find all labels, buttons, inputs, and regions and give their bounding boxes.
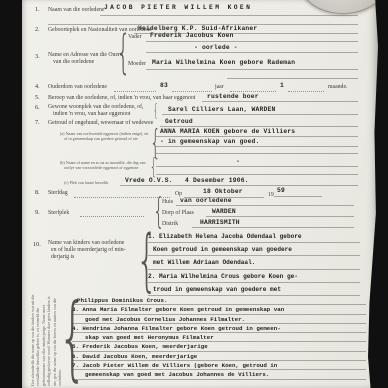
rule-line [162, 114, 358, 115]
paper-sheet: 1. Naam van die oorledene JACOB PIETER W… [22, 0, 378, 388]
item9-distrik-value: HARRISMITH [200, 219, 240, 226]
scanned-death-notice-document: 1. Naam van die oorledene JACOB PIETER W… [0, 0, 388, 388]
item9-dorp-value: WARDEN [212, 208, 236, 215]
rule-line [146, 69, 358, 70]
moeder-value: Maria Wilhelmina Koen gebore Rademan [152, 59, 295, 66]
moeder-label: Moeder [128, 61, 146, 67]
rule-line [120, 185, 358, 186]
children-list-top: 1. Elizabeth Helena Jacoba Odendaal gebo… [148, 230, 360, 296]
vader-value: Frederik Jacobus Koen [150, 32, 234, 39]
margin-note: Gee afsonderlik die name op van die kind… [30, 294, 70, 386]
typed-line: troud in gemeenskap van goedere met [148, 283, 360, 296]
item9-huis-label: Huis [162, 199, 173, 205]
item7-label: Getroud of ongehuud, wewenaar of wedewee [48, 120, 153, 126]
typed-line: 3. Anna Maria Filmalter gebore Koen getr… [72, 305, 366, 314]
rule-line [227, 78, 358, 79]
item2-value: Heidelberg K.P. Suid-Afrikaner [138, 25, 257, 32]
item9-number: 9. [35, 209, 40, 216]
typed-line: goed met Jacobus Cornelius Johannes Film… [72, 315, 366, 324]
item4-months-label: maande. [328, 84, 347, 90]
item3-label: van die oorledene [53, 59, 94, 65]
item5-value: rustende boer [207, 93, 259, 100]
item3-number: 3. [35, 53, 40, 60]
item4-years-value: 83 [160, 82, 168, 89]
rule-line [80, 216, 144, 217]
rule-line [146, 52, 358, 53]
typed-line: 7. Jacob Pieter Willem de Villiers (gebo… [72, 361, 366, 370]
rule-line [172, 91, 212, 92]
typed-line: 2. Maria Wilhelmina Crous gebore Koen ge… [148, 270, 360, 283]
rule-line [274, 196, 322, 197]
rule-line [206, 216, 354, 217]
rule-line [192, 227, 354, 228]
item1-value: JACOB PIETER WILLEM KOEN [104, 4, 252, 11]
rule-line [160, 126, 358, 127]
item8-number: 8. [35, 189, 40, 196]
item4-years-label: jaar [215, 84, 224, 90]
rule-line [114, 91, 156, 92]
item9-dorp-label: Dorp of Plaas [162, 210, 194, 216]
item6-label: indien 'n vrou, van haar eggenoot [53, 111, 130, 117]
item10-label: en of hulle meerderjarig of min- [51, 247, 126, 253]
typed-line: 4. Hendrina Johanna Filmalter gebore Koe… [72, 324, 366, 333]
embossed-seal-icon [300, 0, 386, 14]
rule-line [156, 174, 358, 175]
rule-line [146, 41, 358, 42]
vader-label: Vader [128, 34, 142, 40]
typed-line: Koen getroud in gemeenskap van goedere [148, 243, 360, 256]
children-list-bottom: Philippus Dominikus Crous.3. Anna Maria … [72, 296, 366, 380]
item6-number: 6. [35, 104, 40, 111]
item7a-value: - in gemeenskap van goed. [160, 138, 259, 145]
item6-label: Gewone woonplek van die oorledene, of, [48, 104, 143, 110]
item7c-place-value: Vrede O.V.S. [125, 177, 173, 184]
brace: { [153, 103, 158, 120]
item1-number: 1. [35, 6, 40, 13]
typed-line: 5. Frederik Jacobus Koen, meerderjarige [72, 342, 366, 351]
item4-months-value: 1 [280, 82, 284, 89]
item4-number: 4. [35, 83, 40, 90]
rule-line [176, 205, 354, 206]
item3-label: Name en Adresse van die Ouers [48, 52, 122, 58]
item8-year-printed: 19 [268, 192, 274, 198]
item9-huis-value: van oorledene [180, 197, 232, 204]
typed-line: met Willem Adriaan Odendaal. [148, 256, 360, 269]
item7c-date-value: 4 Desember 1906. [185, 177, 249, 184]
item8-date-value: 18 Oktober [203, 188, 243, 195]
typed-line: skap van goed met Heronymus Filmalter [72, 333, 366, 342]
item10-label: derjarig is [51, 254, 74, 260]
typed-line: Philippus Dominikus Crous. [72, 296, 366, 305]
item8-year-value: 59 [277, 187, 285, 194]
item7c-label: (c) Plek van laaste huwelik [64, 180, 108, 185]
item8-label: Sterfdag [48, 190, 68, 196]
rule-line [288, 91, 324, 92]
rule-line [156, 136, 358, 137]
item9-label: Sterfplek [48, 210, 69, 216]
item7b-label: oorlye van vooroorlede eggenoot of eggen… [64, 165, 138, 170]
item9-distrik-label: Distrik [162, 221, 178, 227]
typed-line: 1. Elizabeth Helena Jacoba Odendaal gebo… [148, 230, 360, 243]
rule-line [156, 166, 358, 167]
item10-number: 10. [33, 241, 41, 248]
item7b-value: - [236, 158, 240, 165]
item10-label: Name van kinders van oorledene [48, 240, 124, 246]
rule-line [202, 101, 358, 102]
item4-label: Ouderdom van oorledene [48, 84, 107, 90]
brace: { [150, 157, 157, 179]
item7-number: 7. [35, 119, 40, 126]
rule-line [230, 91, 276, 92]
item7-value: Getroud [165, 118, 193, 125]
vader-note: - oorlede - [194, 44, 238, 51]
item5-label: Beroep van die oorledene, of, indien 'n … [48, 95, 195, 101]
item6-value: Sarel Cilliers Laan, WARDEN [168, 106, 275, 113]
item7a-label: of in gemeenskap van goedere getroud of … [64, 136, 138, 141]
item7a-value: ANNA MARIA KOEN gebore de Villiers [160, 128, 295, 135]
item5-number: 5. [35, 94, 40, 101]
typed-line: 6. Dawid Jacobus Koen, meerderjarige [72, 352, 366, 361]
item1-label: Naam van die oorledene [48, 7, 105, 13]
item2-number: 2. [35, 26, 40, 33]
rule-line [100, 15, 358, 16]
typed-line: gemeenskap van goed met Jacobus Johannes… [72, 370, 366, 379]
rule-line [156, 146, 358, 147]
rule-line [156, 153, 358, 154]
